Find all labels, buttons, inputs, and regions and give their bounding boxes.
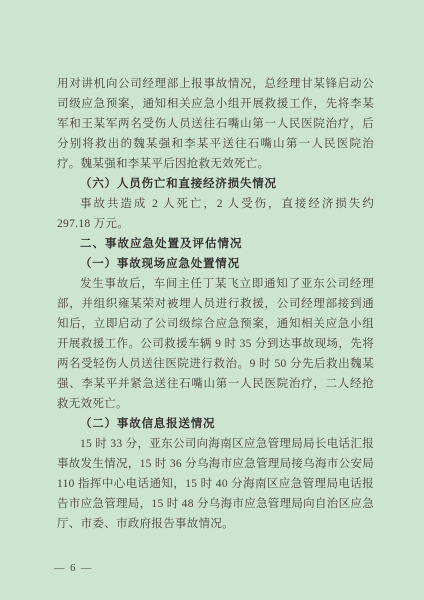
subsection-heading-casualties-losses: （六）人员伤亡和直接经济损失情况 [57,174,374,194]
paragraph-info-reporting: 15 时 33 分，亚东公司向海南区应急管理局局长电话汇报事故发生情况，15 时… [57,434,374,534]
section-heading-emergency-response: 二、事故应急处置及评估情况 [57,234,374,254]
subsection-heading-info-reporting: （二）事故信息报送情况 [57,414,374,434]
page-number: — 6 — [54,563,93,574]
paragraph-rescue-continuation: 用对讲机向公司经理部上报事故情况，总经理甘某锋启动公司级应急预案，通知相关应急小… [57,74,374,174]
document-page: 用对讲机向公司经理部上报事故情况，总经理甘某锋启动公司级应急预案，通知相关应急小… [0,0,424,600]
paragraph-onsite-response: 发生事故后，车间主任丁某飞立即通知了亚东公司经理部，并组织雍某荣对被埋人员进行救… [57,274,374,414]
subsection-heading-onsite-response: （一）事故现场应急处置情况 [57,254,374,274]
paragraph-casualties-losses: 事故共造成 2 人死亡，2 人受伤，直接经济损失约 297.18 万元。 [57,194,374,234]
document-body: 用对讲机向公司经理部上报事故情况，总经理甘某锋启动公司级应急预案，通知相关应急小… [57,74,374,534]
